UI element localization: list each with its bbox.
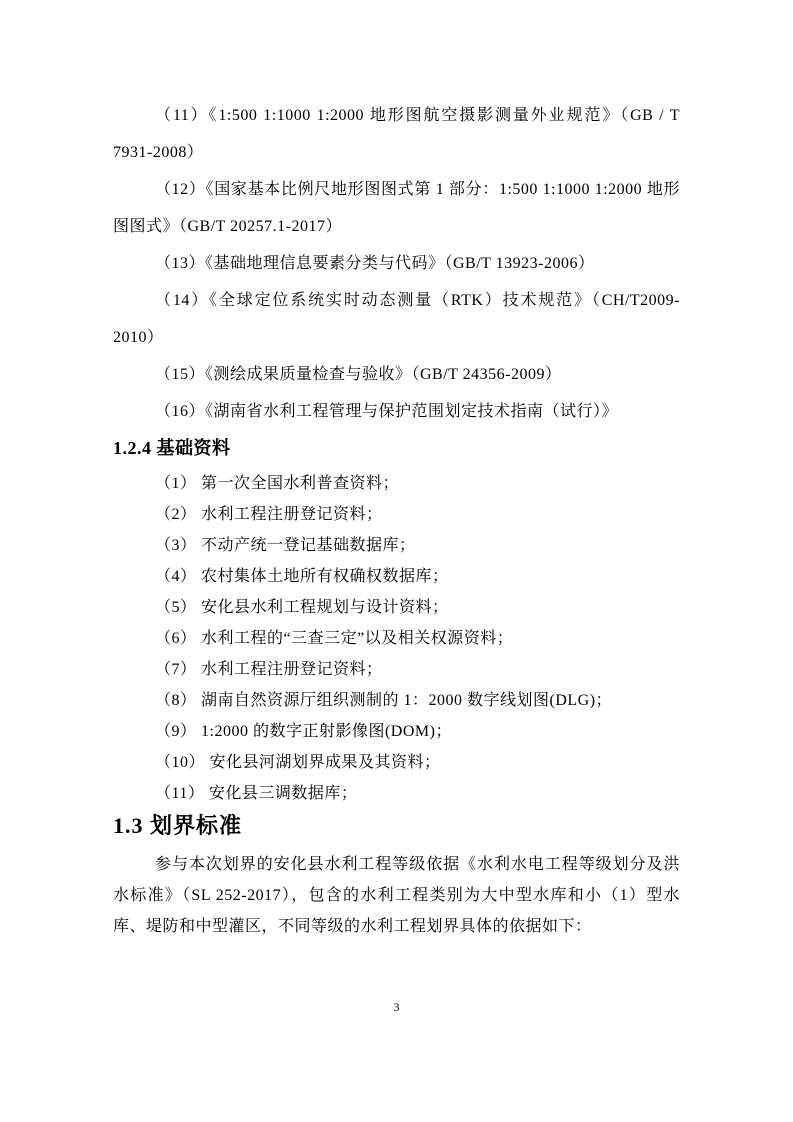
basic-item-10: （10） 安化县河湖划界成果及其资料；: [113, 747, 680, 778]
standards-item-15: （15）《测绘成果质量检查与验收》（GB/T 24356-2009）: [113, 356, 680, 393]
basic-item-5: （5） 安化县水利工程规划与设计资料；: [113, 592, 680, 623]
standards-item-11: （11）《1:500 1:1000 1:2000 地形图航空摄影测量外业规范》（…: [113, 97, 680, 171]
basic-item-6: （6） 水利工程的“三查三定”以及相关权源资料；: [113, 623, 680, 654]
standards-item-12: （12）《国家基本比例尺地形图图式第 1 部分：1:500 1:1000 1:2…: [113, 171, 680, 245]
page-content: （11）《1:500 1:1000 1:2000 地形图航空摄影测量外业规范》（…: [0, 0, 793, 942]
basic-item-2: （2） 水利工程注册登记资料；: [113, 499, 680, 530]
section-1-3-paragraph: 参与本次划界的安化县水利工程等级依据《水利水电工程等级划分及洪水标准》（SL 2…: [113, 849, 680, 942]
standards-item-13: （13）《基础地理信息要素分类与代码》（GB/T 13923-2006）: [113, 245, 680, 282]
standards-item-14: （14）《全球定位系统实时动态测量（RTK）技术规范》（CH/T2009-201…: [113, 282, 680, 356]
basic-item-9: （9） 1:2000 的数字正射影像图(DOM)；: [113, 716, 680, 747]
basic-item-4: （4） 农村集体土地所有权确权数据库；: [113, 561, 680, 592]
document-page: （11）《1:500 1:1000 1:2000 地形图航空摄影测量外业规范》（…: [0, 0, 793, 1122]
section-heading-1-3: 1.3 划界标准: [113, 810, 680, 842]
standards-reference-list: （11）《1:500 1:1000 1:2000 地形图航空摄影测量外业规范》（…: [113, 97, 680, 430]
page-number: 3: [0, 999, 793, 1015]
basic-materials-list: （1） 第一次全国水利普查资料； （2） 水利工程注册登记资料； （3） 不动产…: [113, 468, 680, 809]
section-heading-1-2-4: 1.2.4 基础资料: [113, 434, 680, 462]
basic-item-1: （1） 第一次全国水利普查资料；: [113, 468, 680, 499]
basic-item-11: （11） 安化县三调数据库；: [113, 778, 680, 809]
basic-item-8: （8） 湖南自然资源厅组织测制的 1：2000 数字线划图(DLG)；: [113, 685, 680, 716]
basic-item-7: （7） 水利工程注册登记资料；: [113, 654, 680, 685]
basic-item-3: （3） 不动产统一登记基础数据库；: [113, 530, 680, 561]
standards-item-16: （16）《湖南省水利工程管理与保护范围划定技术指南（试行）》: [113, 393, 680, 430]
